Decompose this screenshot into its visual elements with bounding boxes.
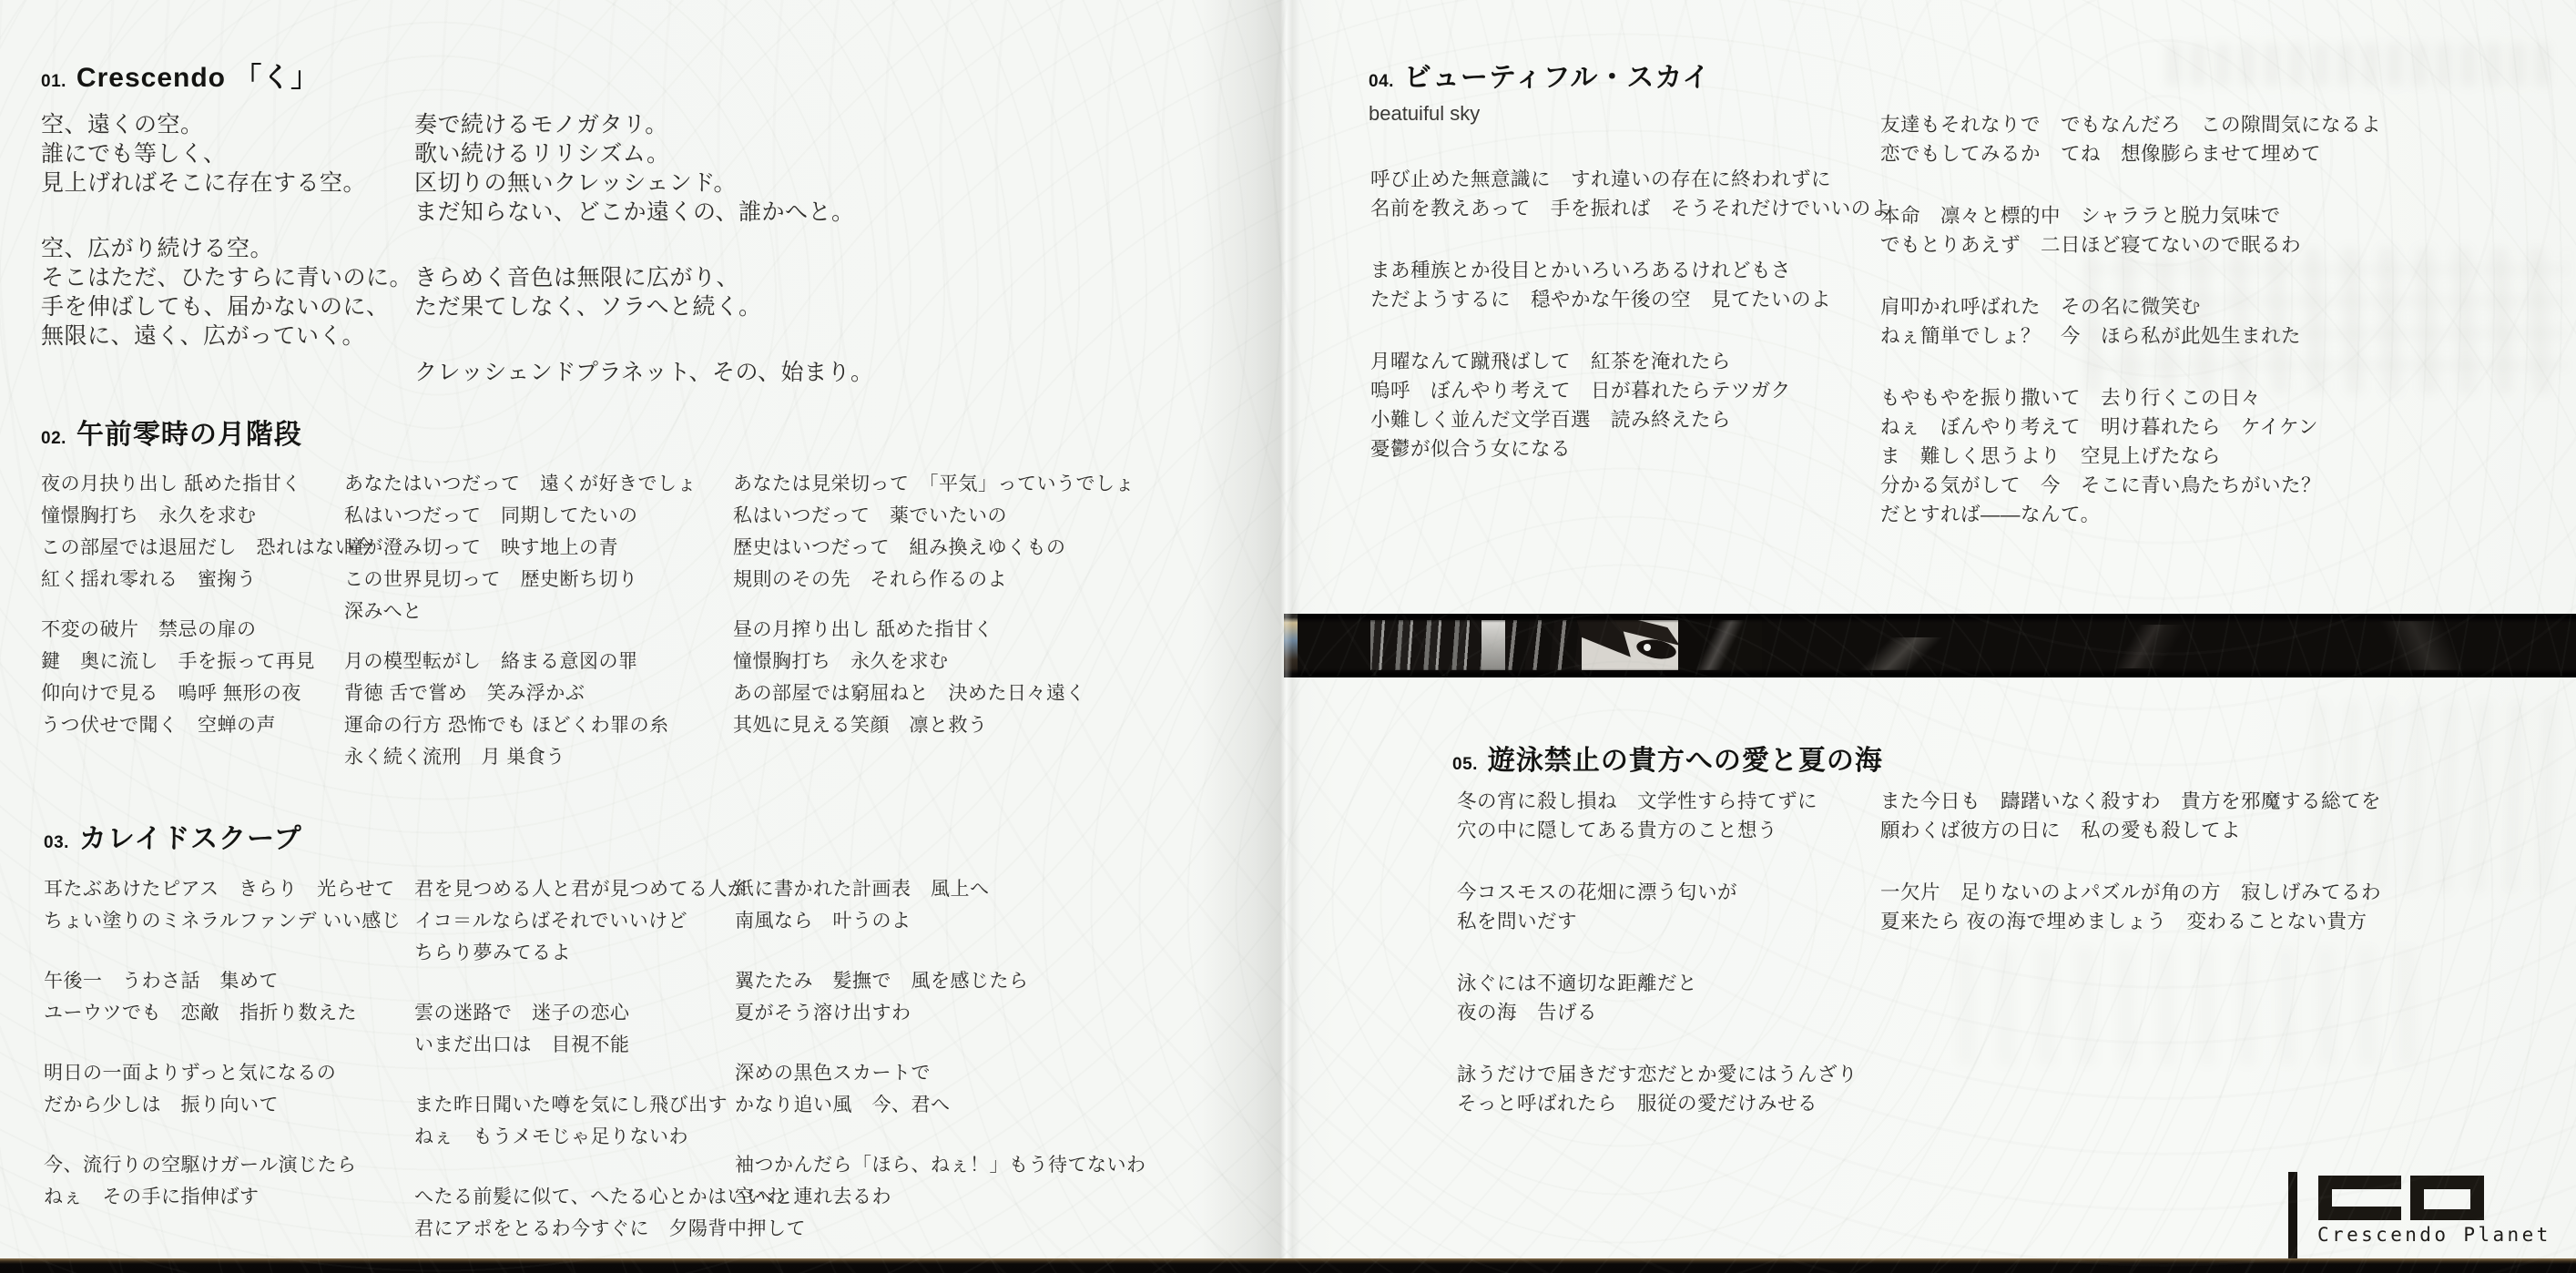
lyrics-column: 空、遠くの空。誰にでも等しく、見上げればそこに存在する空。空、広がり続ける空。そ… — [41, 110, 412, 387]
lyric-line: あなたはいつだって 遠くが好きでしょ — [344, 468, 697, 500]
cp-logo-wordmark: Crescendo Planet — [2317, 1224, 2551, 1246]
lyric-line: ただようするに 穏やかな午後の空 見てたいのよ — [1370, 285, 1891, 314]
lyric-line: きらめく音色は無限に広がり、 — [414, 263, 874, 292]
faint-artwork-shape — [2092, 625, 2202, 668]
lyric-line: 規則のその先 それら作るのよ — [733, 564, 1135, 596]
hair-strands-art — [1370, 620, 1484, 670]
lyric-line: 不変の破片 禁忌の扉の — [41, 614, 374, 646]
lyric-line: 私はいつだって 同期してたいの — [344, 500, 697, 532]
cp-logo-bar — [2288, 1172, 2297, 1261]
stanza: 夜の月抉り出し 舐めた指甘く憧憬胸打ち 永久を求むこの部屋では退屈だし 恐れはな… — [41, 468, 374, 596]
lyrics-column: 冬の宵に殺し損ね 文学性すら持てずに穴の中に隠してある貴方のこと想う今コスモスの… — [1457, 787, 1858, 1151]
lyric-line: 歴史はいつだって 組み換えゆくもの — [733, 532, 1135, 564]
lyric-line: だとすれば――なんて。 — [1880, 500, 2381, 529]
lyric-line: ユーウツでも 恋敵 指折り数えた — [44, 997, 401, 1029]
song-title: カレイドスクープ — [79, 816, 302, 856]
track-number: 05. — [1452, 755, 1478, 775]
cp-logo-letter-c — [2318, 1176, 2401, 1220]
page-showthrough — [2167, 44, 2559, 86]
lyric-line: そっと呼ばれたら 服従の愛だけみせる — [1457, 1089, 1858, 1118]
lyric-line: 空、広がり続ける空。 — [41, 234, 412, 263]
song-header: 04. ビューティフル・スカイ — [1369, 55, 1710, 95]
track-number: 04. — [1369, 72, 1394, 92]
lyric-line: 南風なら 叶うのよ — [735, 905, 1146, 937]
stanza: 呼び止めた無意識に すれ違いの存在に終われずに名前を教えあって 手を振れば そう… — [1370, 165, 1891, 223]
stanza: 不変の破片 禁忌の扉の鍵 奥に流し 手を振って再見仰向けで見る 嗚呼 無形の夜う… — [41, 614, 374, 741]
light-streak-art — [1481, 620, 1505, 670]
lyric-line: 仰向けで見る 嗚呼 無形の夜 — [41, 677, 374, 709]
lyric-line: 空、遠くの空。 — [41, 110, 412, 139]
song-title: 午前零時の月階段 — [76, 412, 302, 452]
stanza: 翼たたみ 髪撫で 風を感じたら夏がそう溶け出すわ — [735, 965, 1146, 1029]
lyric-line: 鍵 奥に流し 手を振って再見 — [41, 646, 374, 677]
lyrics-column: 奏で続けるモノガタリ。歌い続けるリリシズム。区切りの無いクレッシェンド。まだ知ら… — [414, 110, 874, 423]
lyric-line: うつ伏せで聞く 空蝉の声 — [41, 709, 374, 741]
lyric-line: 夜の海 告げる — [1457, 998, 1858, 1027]
stanza: 今コスモスの花畑に漂う匂いが私を問いだす — [1457, 878, 1858, 936]
lyric-line: ただ果てしなく、ソラへと続く。 — [414, 292, 874, 321]
stanza: 昼の月搾り出し 舐めた指甘く憧憬胸打ち 永久を求むあの部屋では窮屈ねと 決めた日… — [733, 614, 1135, 741]
lyric-line: 見上げればそこに存在する空。 — [41, 168, 412, 198]
lyrics-column: また今日も 躊躇いなく殺すわ 貴方を邪魔する総てを願わくば彼方の日に 私の愛も殺… — [1880, 787, 2381, 969]
lyric-line: そこはただ、ひたすらに青いのに。 — [41, 263, 412, 292]
lyric-line: 憂鬱が似合う女になる — [1370, 434, 1891, 463]
lyric-line: ま 難しく思うより 空見上げたなら — [1880, 442, 2381, 471]
lyric-line: 嗚呼 ぼんやり考えて 日が暮れたらテツガク — [1370, 376, 1891, 405]
lyric-line: 誰にでも等しく、 — [41, 139, 412, 168]
stanza: 本命 凛々と標的中 シャララと脱力気味ででもとりあえず 二日ほど寝てないので眠る… — [1880, 201, 2381, 260]
lyrics-column: 呼び止めた無意識に すれ違いの存在に終われずに名前を教えあって 手を振れば そう… — [1370, 165, 1891, 496]
lyric-line: 本命 凛々と標的中 シャララと脱力気味で — [1880, 201, 2381, 230]
lyric-line: あの部屋では窮屈ねと 決めた日々遠く — [733, 677, 1135, 709]
lyric-line: 背徳 舌で嘗め 笑み浮かぶ — [344, 677, 697, 709]
lyric-line: 翼たたみ 髪撫で 風を感じたら — [735, 965, 1146, 997]
lyric-line: 私を問いだす — [1457, 907, 1858, 936]
stanza: 空、遠くの空。誰にでも等しく、見上げればそこに存在する空。 — [41, 110, 412, 198]
lyric-line: 私はいつだって 薬でいたいの — [733, 500, 1135, 532]
lyric-line: 夏がそう溶け出すわ — [735, 997, 1146, 1029]
stanza: 友達もそれなりで でもなんだろ この隙間気になるよ恋でもしてみるか てね 想像膨… — [1880, 110, 2381, 168]
song-title: Crescendo 「く」 — [76, 55, 319, 95]
song-title: ビューティフル・スカイ — [1404, 55, 1711, 95]
lyric-line: 小難しく並んだ文学百選 読み終えたら — [1370, 405, 1891, 434]
lyric-line: 空へと連れ去るわ — [735, 1181, 1146, 1213]
lyrics-column: 紙に書かれた計画表 風上へ南風なら 叶うのよ翼たたみ 髪撫で 風を感じたら夏がそ… — [735, 873, 1146, 1241]
lyric-line: 憧憬胸打ち 永久を求む — [41, 500, 374, 532]
hair-strands-art — [1505, 620, 1582, 670]
lyric-line: 歌い続けるリリシズム。 — [414, 139, 874, 168]
lyric-line: 奏で続けるモノガタリ。 — [414, 110, 874, 139]
lyric-line: ねぇ その手に指伸ばす — [44, 1181, 401, 1213]
lyric-line: 袖つかんだら「ほら、ねぇ！」もう待てないわ — [735, 1149, 1146, 1181]
faint-artwork-shape — [1858, 637, 1944, 670]
lyric-line: 詠うだけで届きだす恋だとか愛にはうんざり — [1457, 1060, 1858, 1089]
lyric-line: 深みへと — [344, 596, 697, 627]
lyric-line: ちょい塗りのミネラルファンデ いい感じ — [44, 905, 401, 937]
stanza: クレッシェンドプラネット、その、始まり。 — [414, 358, 874, 387]
lyric-line: 運命の行方 恐怖でも ほどくわ罪の糸 — [344, 709, 697, 741]
lyric-line: 深めの黒色スカートで — [735, 1057, 1146, 1089]
lyrics-column: 夜の月抉り出し 舐めた指甘く憧憬胸打ち 永久を求むこの部屋では退屈だし 恐れはな… — [41, 468, 374, 759]
stanza: まあ種族とか役目とかいろいろあるけれどもさただようするに 穏やかな午後の空 見て… — [1370, 256, 1891, 314]
stanza: もやもやを振り撒いて 去り行くこの日々ねぇ ぼんやり考えて 明け暮れたら ケイケ… — [1880, 383, 2381, 529]
lyric-line: この世界見切って 歴史断ち切り — [344, 564, 697, 596]
stanza: 深めの黒色スカートでかなり追い風 今、君へ — [735, 1057, 1146, 1121]
track-number: 03. — [44, 833, 69, 853]
lyric-line: もやもやを振り撒いて 去り行くこの日々 — [1880, 383, 2381, 412]
lyric-line: ねぇ ぼんやり考えて 明け暮れたら ケイケン — [1880, 412, 2381, 442]
stanza: 耳たぶあけたピアス きらり 光らせてちょい塗りのミネラルファンデ いい感じ — [44, 873, 401, 937]
lyric-line: 午後一 うわさ話 集めて — [44, 965, 401, 997]
lyric-line: 瞳が澄み切って 映す地上の青 — [344, 532, 697, 564]
stanza: 泳ぐには不適切な距離だと夜の海 告げる — [1457, 969, 1858, 1027]
photo-strip — [1284, 614, 2576, 677]
lyric-line: だから少しは 振り向いて — [44, 1089, 401, 1121]
song-title: 遊泳禁止の貴方への愛と夏の海 — [1488, 738, 1883, 778]
stanza: 月の模型転がし 絡まる意図の罪背徳 舌で嘗め 笑み浮かぶ運命の行方 恐怖でも ほ… — [344, 646, 697, 773]
stanza: 空、広がり続ける空。そこはただ、ひたすらに青いのに。手を伸ばしても、届かないのに… — [41, 234, 412, 351]
stanza: 明日の一面よりずっと気になるのだから少しは 振り向いて — [44, 1057, 401, 1121]
lyric-line: 憧憬胸打ち 永久を求む — [733, 646, 1135, 677]
lyric-line: 今コスモスの花畑に漂う匂いが — [1457, 878, 1858, 907]
lyric-line: まあ種族とか役目とかいろいろあるけれどもさ — [1370, 256, 1891, 285]
stanza: あなたはいつだって 遠くが好きでしょ私はいつだって 同期してたいの瞳が澄み切って… — [344, 468, 697, 627]
track-number: 01. — [41, 72, 66, 92]
stanza: 今、流行りの空駆けガール演じたらねぇ その手に指伸ばす — [44, 1149, 401, 1213]
fold-glint — [1284, 614, 1298, 677]
lyric-line: また今日も 躊躇いなく殺すわ 貴方を邪魔する総てを — [1880, 787, 2381, 816]
lyric-line: 今、流行りの空駆けガール演じたら — [44, 1149, 401, 1181]
stanza: 肩叩かれ呼ばれた その名に微笑むねぇ簡単でしょ？ 今 ほら私が此処生まれた — [1880, 292, 2381, 351]
stanza: 袖つかんだら「ほら、ねぇ！」もう待てないわ空へと連れ去るわ — [735, 1149, 1146, 1213]
stanza: 紙に書かれた計画表 風上へ南風なら 叶うのよ — [735, 873, 1146, 937]
lyrics-column: 耳たぶあけたピアス きらり 光らせてちょい塗りのミネラルファンデ いい感じ午後一… — [44, 873, 401, 1241]
lyric-line: 耳たぶあけたピアス きらり 光らせて — [44, 873, 401, 905]
lyrics-column: 友達もそれなりで でもなんだろ この隙間気になるよ恋でもしてみるか てね 想像膨… — [1880, 110, 2381, 562]
faint-artwork-shape — [2366, 621, 2484, 670]
lyric-line: この部屋では退屈だし 恐れはない今 — [41, 532, 374, 564]
lyric-line: 無限に、遠く、広がっていく。 — [41, 321, 412, 351]
lyric-line: 恋でもしてみるか てね 想像膨らませて埋めて — [1880, 139, 2381, 168]
lyric-line: クレッシェンドプラネット、その、始まり。 — [414, 358, 874, 387]
lyric-line: 冬の宵に殺し損ね 文学性すら持てずに — [1457, 787, 1858, 816]
song-header: 03. カレイドスクープ — [44, 816, 302, 856]
lyric-line: 紙に書かれた計画表 風上へ — [735, 873, 1146, 905]
lyrics-column: あなたはいつだって 遠くが好きでしょ私はいつだって 同期してたいの瞳が澄み切って… — [344, 468, 697, 791]
hair-shadow-art — [1678, 620, 1762, 670]
stanza: 詠うだけで届きだす恋だとか愛にはうんざりそっと呼ばれたら 服従の愛だけみせる — [1457, 1060, 1858, 1118]
stanza: 一欠片 足りないのよパズルが角の方 寂しげみてるわ夏来たら 夜の海で埋めましょう… — [1880, 878, 2381, 936]
stanza: 月曜なんて蹴飛ばして 紅茶を淹れたら嗚呼 ぼんやり考えて 日が暮れたらテツガク小… — [1370, 347, 1891, 463]
lyric-line: 夜の月抉り出し 舐めた指甘く — [41, 468, 374, 500]
lyric-line: 呼び止めた無意識に すれ違いの存在に終われずに — [1370, 165, 1891, 194]
booklet-scan: 01. Crescendo 「く」 空、遠くの空。誰にでも等しく、見上げればそこ… — [0, 0, 2576, 1273]
eye-highlight-art — [1644, 644, 1651, 651]
stanza: 冬の宵に殺し損ね 文学性すら持てずに穴の中に隠してある貴方のこと想う — [1457, 787, 1858, 845]
lyric-line: 永く続く流刑 月 巣食う — [344, 741, 697, 773]
lyric-line: でもとりあえず 二日ほど寝てないので眠るわ — [1880, 230, 2381, 260]
lyrics-column: あなたは見栄切って 「平気」っていうでしょ私はいつだって 薬でいたいの歴史はいつ… — [733, 468, 1135, 759]
lyric-line: 明日の一面よりずっと気になるの — [44, 1057, 401, 1089]
lyric-line: 穴の中に隠してある貴方のこと想う — [1457, 816, 1858, 845]
song-header: 05. 遊泳禁止の貴方への愛と夏の海 — [1452, 738, 1883, 778]
lyric-line: 友達もそれなりで でもなんだろ この隙間気になるよ — [1880, 110, 2381, 139]
track-number: 02. — [41, 429, 66, 449]
stanza: 奏で続けるモノガタリ。歌い続けるリリシズム。区切りの無いクレッシェンド。まだ知ら… — [414, 110, 874, 227]
lyric-line: 其処に見える笑顔 凛と救う — [733, 709, 1135, 741]
cp-logo-letter-p — [2410, 1176, 2484, 1220]
stanza: きらめく音色は無限に広がり、ただ果てしなく、ソラへと続く。 — [414, 263, 874, 321]
stanza: 午後一 うわさ話 集めてユーウツでも 恋敵 指折り数えた — [44, 965, 401, 1029]
lyric-line: ねぇ簡単でしょ？ 今 ほら私が此処生まれた — [1880, 321, 2381, 351]
lyric-line: 願わくば彼方の日に 私の愛も殺してよ — [1880, 816, 2381, 845]
lyric-line: 昼の月搾り出し 舐めた指甘く — [733, 614, 1135, 646]
stanza: また今日も 躊躇いなく殺すわ 貴方を邪魔する総てを願わくば彼方の日に 私の愛も殺… — [1880, 787, 2381, 845]
lyric-line: 夏来たら 夜の海で埋めましょう 変わることない貴方 — [1880, 907, 2381, 936]
song-header: 01. Crescendo 「く」 — [41, 55, 319, 95]
lyric-line: 名前を教えあって 手を振れば そうそれだけでいいのよ — [1370, 194, 1891, 223]
lyric-line: かなり追い風 今、君へ — [735, 1089, 1146, 1121]
lyric-line: 一欠片 足りないのよパズルが角の方 寂しげみてるわ — [1880, 878, 2381, 907]
song-header: 02. 午前零時の月階段 — [41, 412, 302, 452]
lyric-line: 肩叩かれ呼ばれた その名に微笑む — [1880, 292, 2381, 321]
lyric-line: まだ知らない、どこか遠くの、誰かへと。 — [414, 198, 874, 227]
character-artwork — [1370, 620, 1762, 670]
scan-bottom-edge — [0, 1258, 2576, 1273]
lyric-line: 分かる気がして 今 そこに青い鳥たちがいた？ — [1880, 471, 2381, 500]
lyric-line: 区切りの無いクレッシェンド。 — [414, 168, 874, 198]
lyric-line: 紅く揺れ零れる 蜜掬う — [41, 564, 374, 596]
song-subtitle-english: beatuiful sky — [1369, 102, 1480, 126]
lyric-line: 手を伸ばしても、届かないのに、 — [41, 292, 412, 321]
lyric-line: 月の模型転がし 絡まる意図の罪 — [344, 646, 697, 677]
stanza: あなたは見栄切って 「平気」っていうでしょ私はいつだって 薬でいたいの歴史はいつ… — [733, 468, 1135, 596]
lyric-line: あなたは見栄切って 「平気」っていうでしょ — [733, 468, 1135, 500]
lyric-line: 泳ぐには不適切な距離だと — [1457, 969, 1858, 998]
lyric-line: 月曜なんて蹴飛ばして 紅茶を淹れたら — [1370, 347, 1891, 376]
